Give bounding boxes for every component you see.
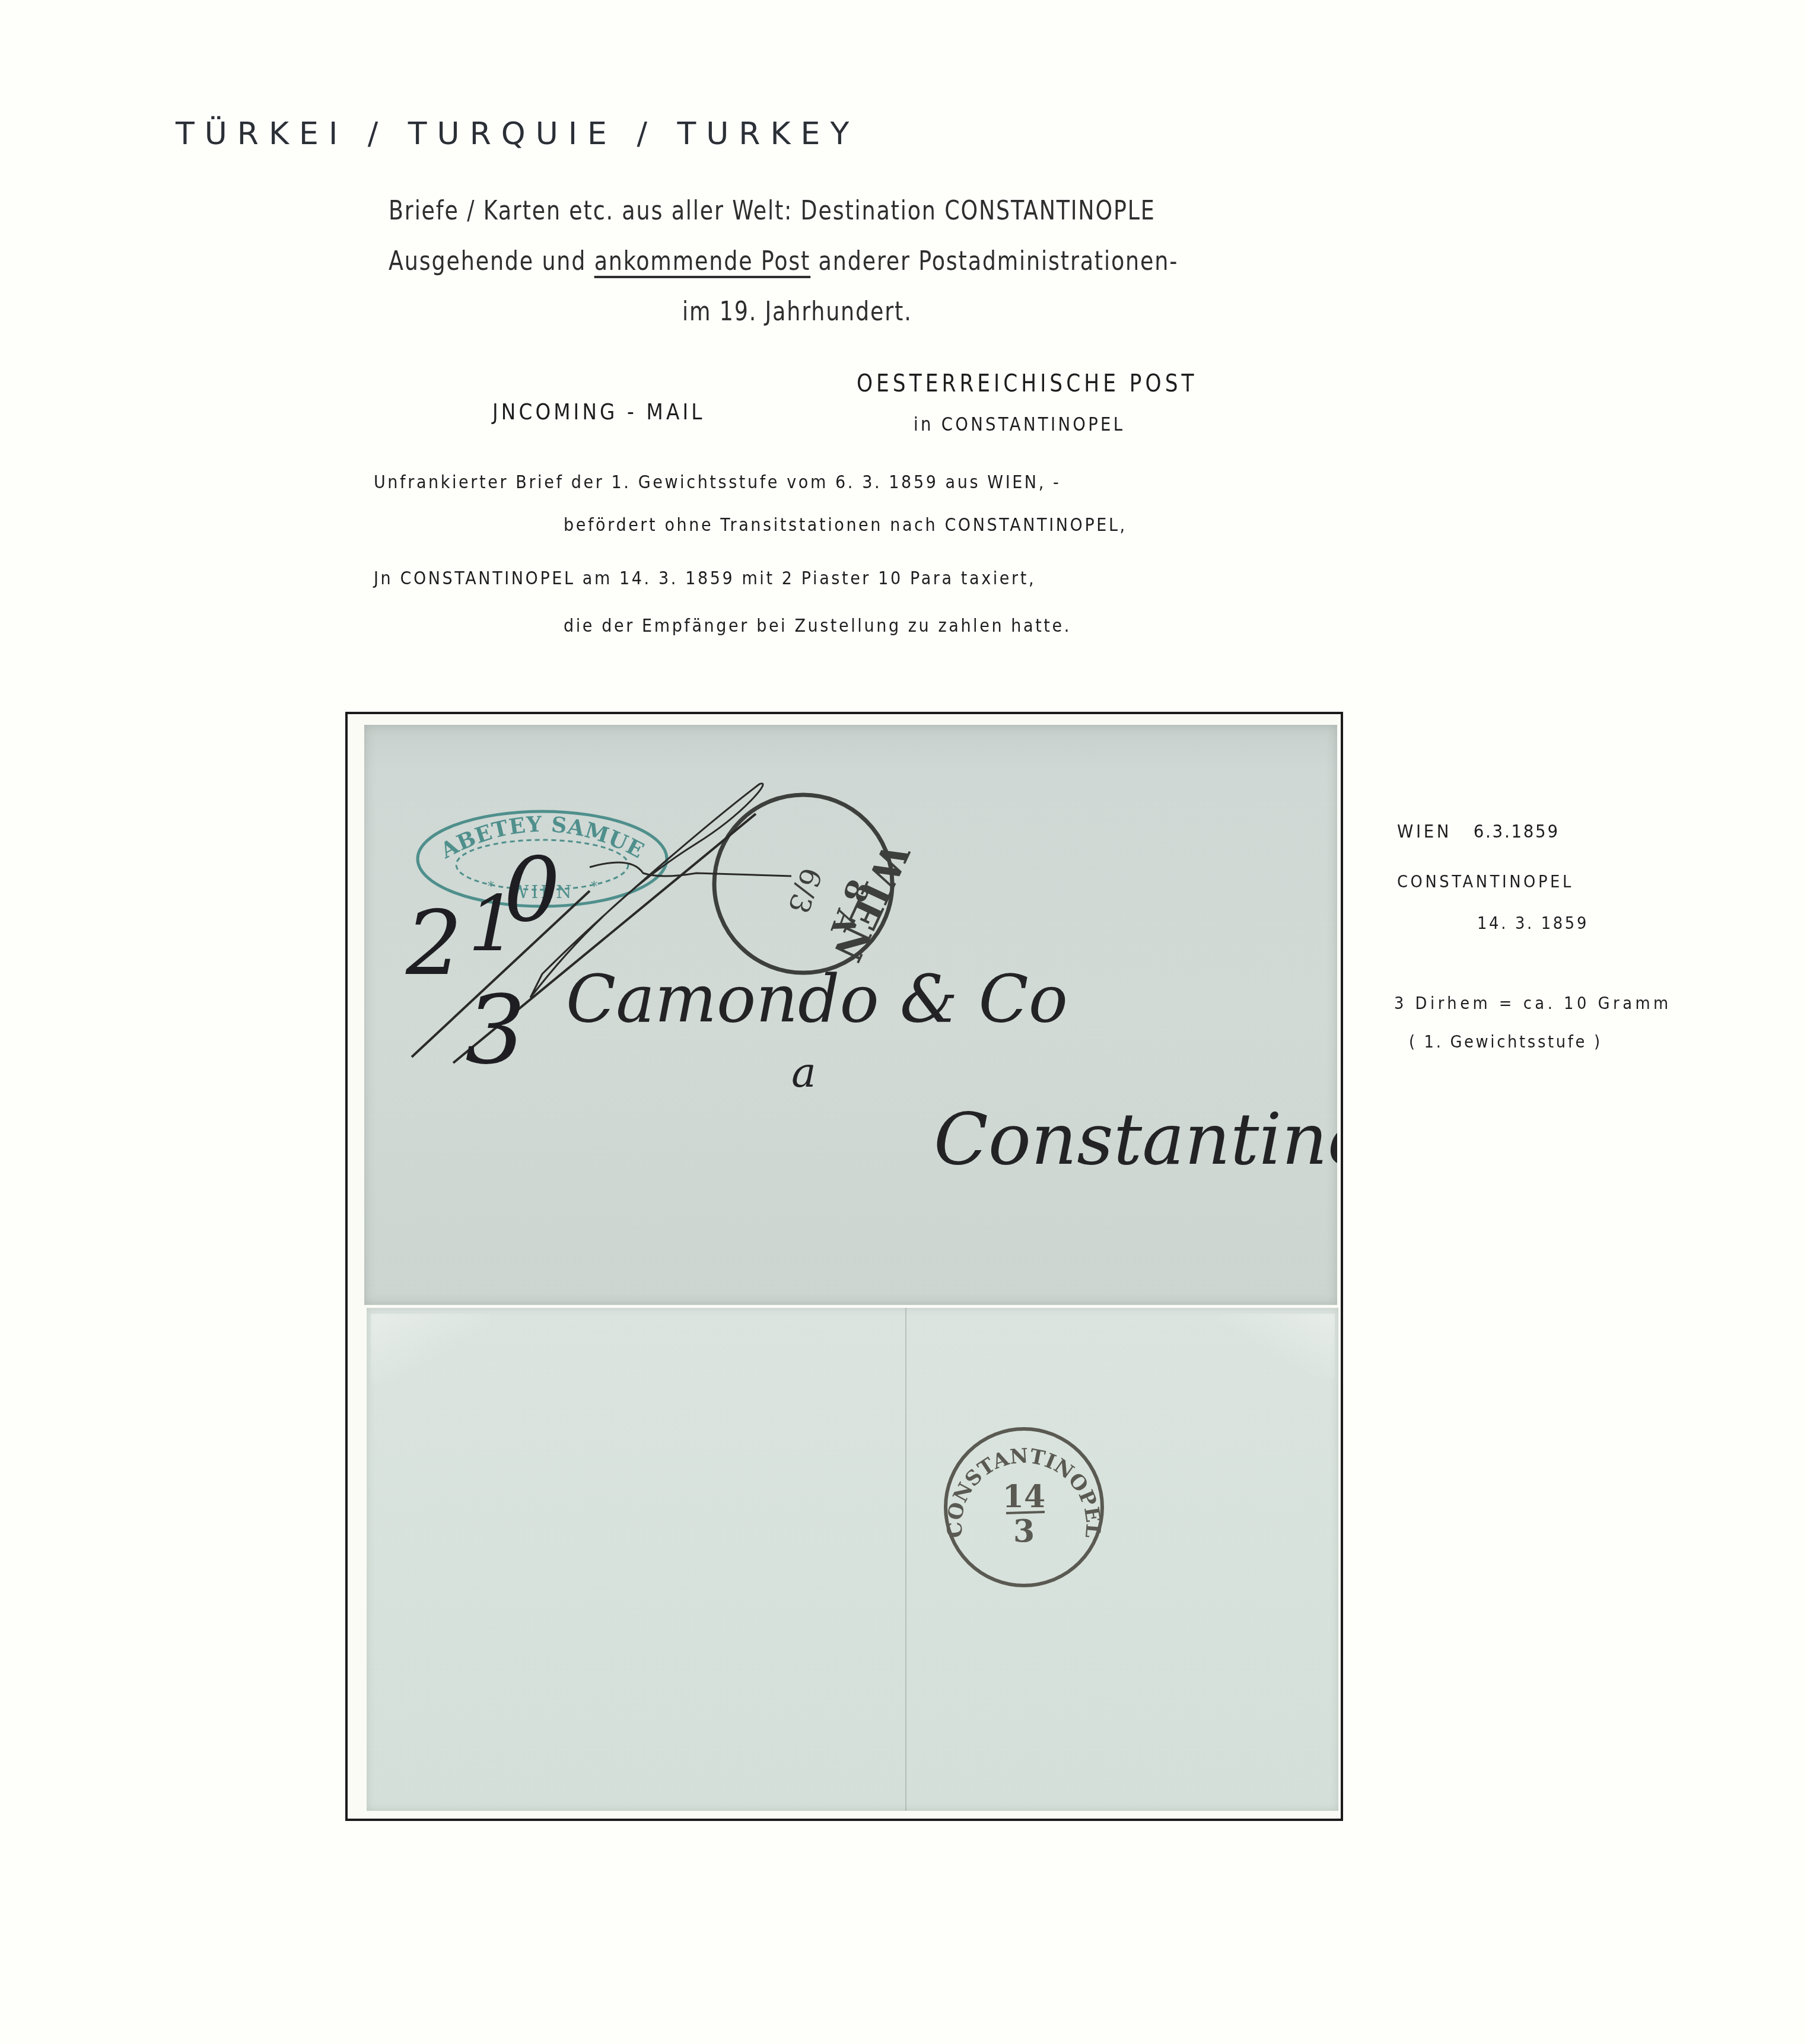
svg-text:3: 3: [465, 975, 526, 1085]
svg-text:2: 2: [405, 892, 462, 995]
office-location: in CONSTANTINOPEL: [914, 413, 1125, 435]
svg-text:0: 0: [504, 839, 560, 942]
postmark-date: 6/3: [781, 864, 828, 918]
note-origin-date: 6.3.1859: [1474, 822, 1560, 842]
cover-front-markings: SABETEY SAMUEL WIEN * * WIEN 6/3 8 A 2 1…: [364, 725, 1337, 1305]
fold-corner: [1222, 1314, 1335, 1379]
address-line-1: Camondo & Co: [566, 961, 1068, 1037]
cachet-star-icon: *: [591, 880, 597, 894]
country-title: TÜRKEI / TURQUIE / TURKEY: [176, 116, 859, 152]
postmark-day: 14: [1003, 1479, 1045, 1515]
fold-line: [905, 1308, 906, 1811]
office-title: OESTERREICHISCHE POST: [857, 370, 1198, 397]
fold-corner: [371, 1314, 489, 1385]
description-line-4: die der Empfänger bei Zustellung zu zahl…: [564, 616, 1071, 636]
postmark-month: 3: [1013, 1513, 1035, 1549]
subtitle-line-1: Briefe / Karten etc. aus aller Welt: Des…: [389, 196, 1156, 226]
subtitle-underlined-text: ankommende Post: [594, 246, 811, 276]
cover-front: SABETEY SAMUEL WIEN * * WIEN 6/3 8 A 2 1…: [364, 725, 1337, 1305]
address-line-2: a: [791, 1048, 816, 1097]
note-origin: WIEN6.3.1859: [1397, 822, 1560, 842]
note-weight-class: ( 1. Gewichtsstufe ): [1409, 1032, 1602, 1052]
postage-due-manuscript: 2 1 0 3: [405, 839, 560, 1085]
description-line-1: Unfrankierter Brief der 1. Gewichtsstufe…: [374, 472, 1061, 493]
note-destination-date: 14. 3. 1859: [1477, 913, 1589, 933]
cover-back: CONSTANTINOPEL 14 3: [367, 1308, 1338, 1811]
note-destination-city: CONSTANTINOPEL: [1397, 872, 1574, 892]
subtitle-line-2-post: anderer Postadministrationen-: [810, 246, 1178, 276]
subtitle-line-2-pre: Ausgehende und: [389, 246, 594, 276]
cover-back-markings: CONSTANTINOPEL 14 3: [367, 1308, 1338, 1811]
note-origin-city: WIEN: [1397, 822, 1452, 842]
arrival-postmark: CONSTANTINOPEL 14 3: [943, 1429, 1105, 1585]
note-weight: 3 Dirhem = ca. 10 Gramm: [1394, 994, 1672, 1013]
address-line-3: Constantinopel: [934, 1099, 1337, 1181]
description-line-2: befördert ohne Transitstationen nach CON…: [564, 515, 1127, 536]
description-line-3: Jn CONSTANTINOPEL am 14. 3. 1859 mit 2 P…: [374, 568, 1036, 589]
subtitle-line-2: Ausgehende und ankommende Post anderer P…: [389, 246, 1178, 276]
section-label: JNCOMING - MAIL: [492, 399, 705, 425]
subtitle-line-3: im 19. Jahrhundert.: [682, 297, 912, 327]
